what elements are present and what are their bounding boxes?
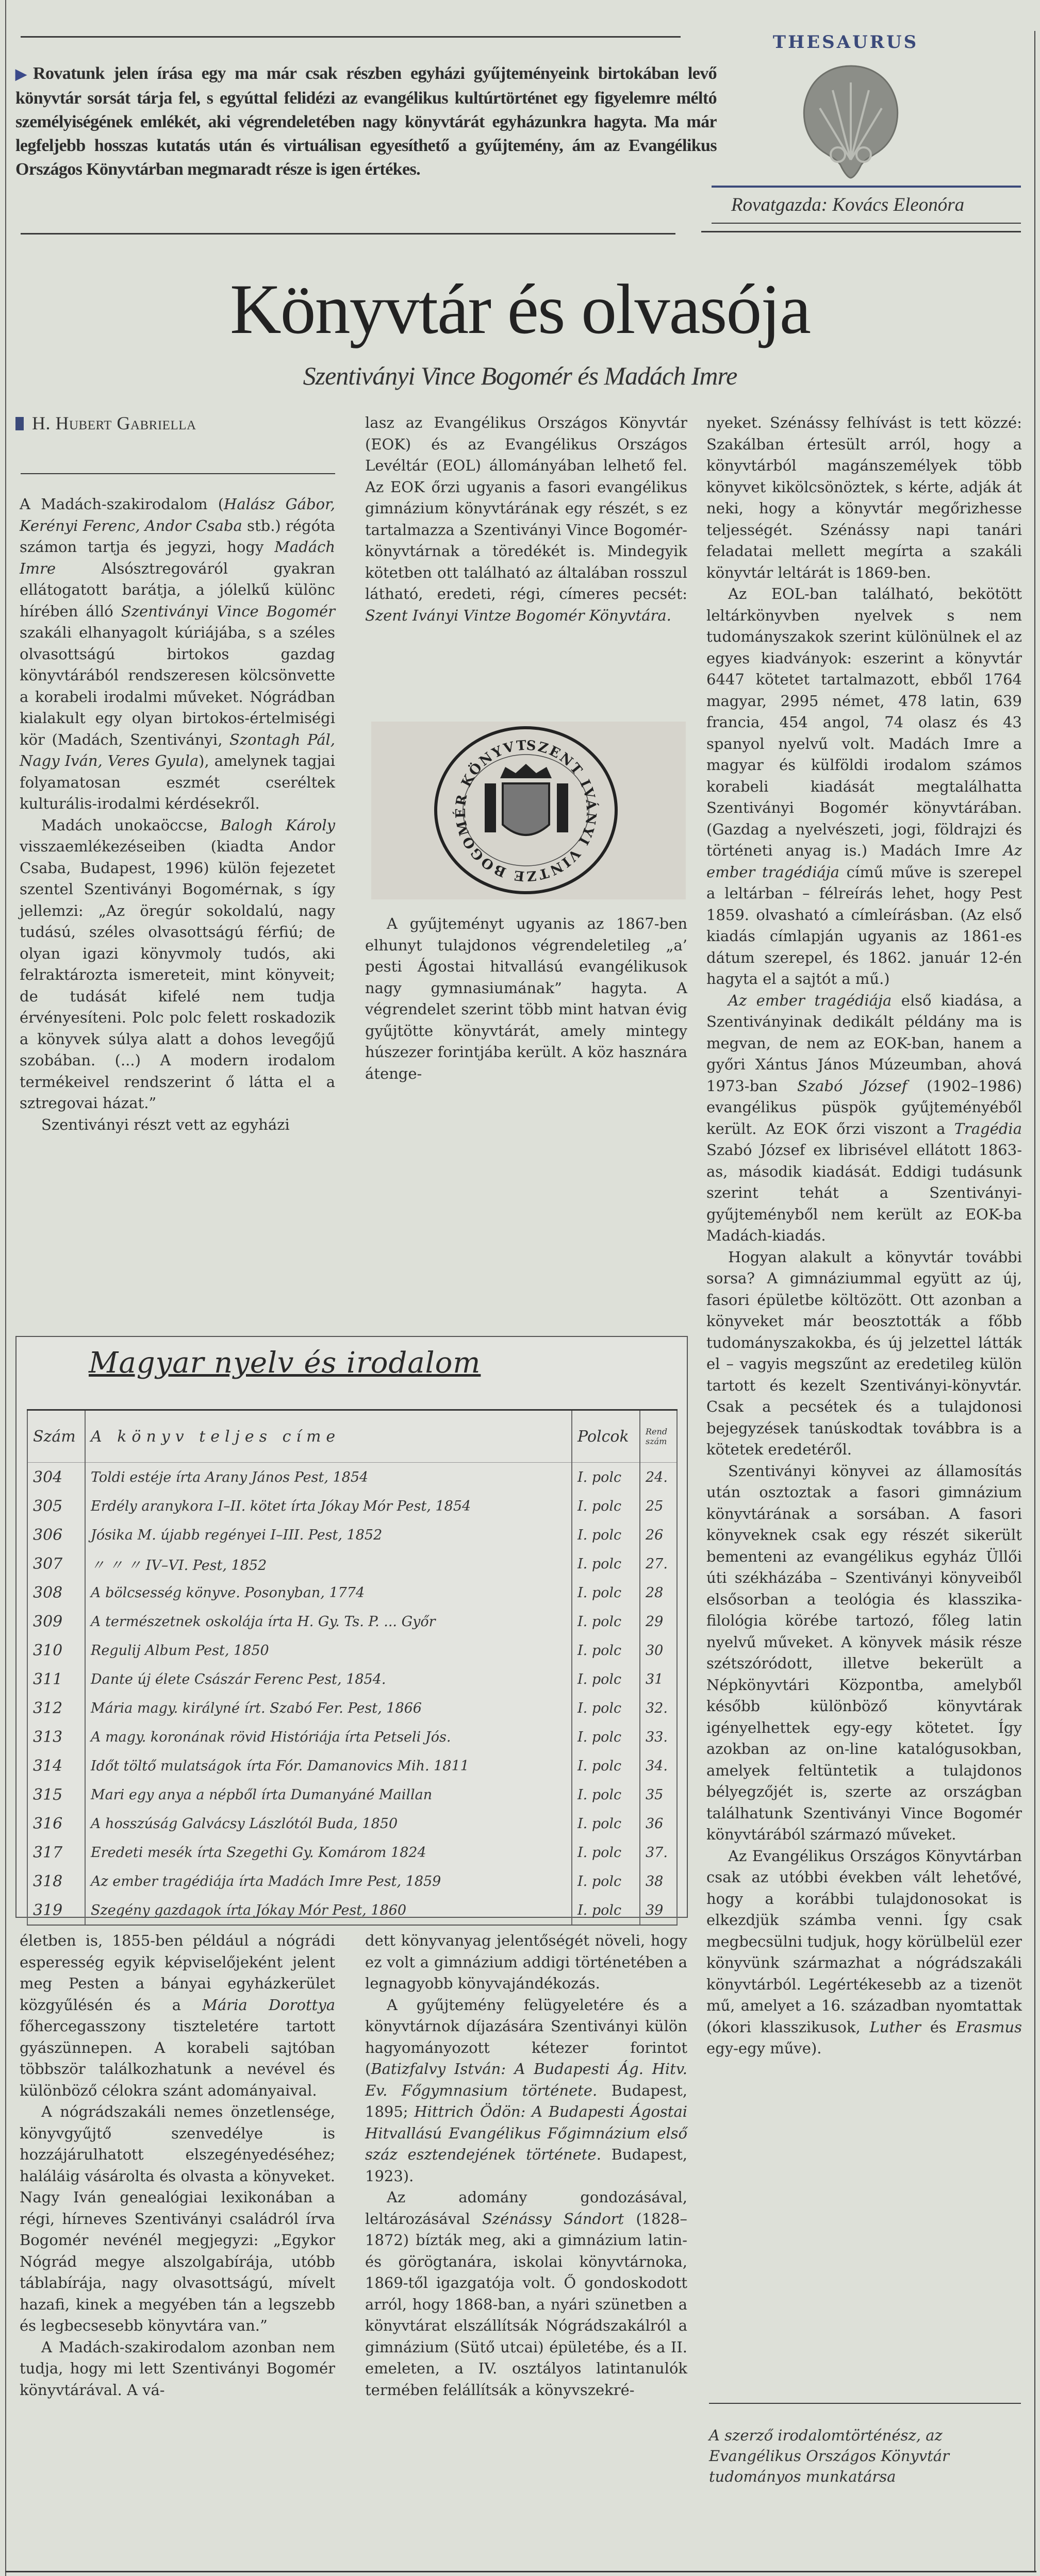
- paragraph: Szentiványi részt vett az egyházi: [20, 1114, 335, 1136]
- lead-paragraph: ▶Rovatunk jelen írása egy ma már csak ré…: [15, 62, 717, 181]
- column-editor: Rovatgazda: Kovács Eleonóra: [731, 194, 1020, 216]
- column-2-top: lasz az Evangélikus Országos Könyvtár (E…: [365, 412, 687, 626]
- author-prefix: H.: [32, 413, 51, 433]
- header-top-rule: [21, 36, 681, 38]
- article-subtitle: Szentiványi Vince Bogomér és Madách Imre: [0, 361, 1040, 391]
- paragraph: Hogyan alakult a könyvtár további sorsa?…: [706, 1247, 1022, 1461]
- column-3: nyeket. Szénássy felhívást is tett közzé…: [706, 412, 1022, 2060]
- ledger-row: 314Időt töltő mulatságok írta Fór. Daman…: [27, 1751, 677, 1780]
- paragraph: A nógrádszakáli nemes önzetlensége, köny…: [20, 2101, 335, 2337]
- column-2-middle: A gyűjteményt ugyanis az 1867-ben elhuny…: [365, 913, 687, 1084]
- ledger-row: 318Az ember tragédiája írta Madách Imre …: [27, 1867, 677, 1896]
- section-rule: [712, 186, 1021, 188]
- paragraph: Az Evangélikus Országos Könyvtárban csak…: [706, 1846, 1022, 2060]
- byline-square-icon: [15, 417, 24, 430]
- ledger-row: 305Erdély aranykora I–II. kötet írta Jók…: [27, 1492, 677, 1520]
- ledger-row: 311Dante új élete Császár Ferenc Pest, 1…: [27, 1665, 677, 1694]
- section-bottom-rule: [712, 223, 1021, 224]
- ledger-row: 307〃 〃 〃 IV–VI. Pest, 1852I. polc27.: [27, 1549, 677, 1578]
- ledger-col-order: Rend szám: [640, 1410, 677, 1463]
- byline-rule: [21, 473, 335, 474]
- ledger-heading: Magyar nyelv és irodalom: [89, 1346, 481, 1380]
- ledger-row: 304Toldi estéje írta Arany János Pest, 1…: [27, 1463, 677, 1492]
- title-top-rule-right: [701, 231, 1021, 232]
- paragraph: Szentiványi könyvei az államosítás után …: [706, 1461, 1022, 1846]
- paragraph: Az adomány gondozásával, leltározásával …: [365, 2187, 687, 2401]
- paragraph: A Madách-szakirodalom (Halász Gábor, Ker…: [20, 494, 335, 815]
- ledger-row: 315Mari egy anya a népből írta Dumanyáné…: [27, 1780, 677, 1809]
- paragraph: lasz az Evangélikus Országos Könyvtár (E…: [365, 412, 687, 626]
- lead-text: Rovatunk jelen írása egy ma már csak rés…: [15, 64, 717, 179]
- paragraph: A Madách-szakirodalom azonban nem tudja,…: [20, 2337, 335, 2401]
- paragraph: A gyűjtemény felügyeletére és a könyvtár…: [365, 1995, 687, 2187]
- author-name: Hubert Gabriella: [56, 413, 196, 433]
- paragraph: A gyűjteményt ugyanis az 1867-ben elhuny…: [365, 913, 687, 1084]
- paragraph: nyeket. Szénássy felhívást is tett közzé…: [706, 412, 1022, 583]
- paragraph: dett könyvanyag jelentőségét növeli, hog…: [365, 1930, 687, 1995]
- ledger-row: 317Eredeti mesék írta Szegethi Gy. Komár…: [27, 1838, 677, 1867]
- ledger-row: 310Regulij Album Pest, 1850I. polc30: [27, 1636, 677, 1665]
- ledger-col-shelf: Polcok: [572, 1410, 640, 1463]
- paragraph: Az ember tragédiája első kiadása, a Szen…: [706, 990, 1022, 1247]
- ledger-row: 312Mária magy. királyné írt. Szabó Fer. …: [27, 1694, 677, 1722]
- triangle-right-icon: ▶: [15, 63, 33, 87]
- ledger-table: Szám A könyv teljes címe Polcok Rend szá…: [27, 1409, 678, 1926]
- section-name: THESAURUS: [763, 32, 928, 53]
- shell-ornament-icon: [797, 62, 905, 180]
- title-top-rule-left: [21, 233, 675, 235]
- seal-image: SZENT IVÁNYI VINTZE BOGOMÉR KÖNYVTÁRA: [371, 722, 686, 899]
- ledger-col-number: Szám: [27, 1410, 85, 1463]
- footnote-rule: [709, 2403, 1021, 2404]
- byline: H. Hubert Gabriella: [15, 412, 335, 434]
- article-title: Könyvtár és olvasója: [0, 268, 1040, 350]
- author-footnote: A szerző irodalomtörténész, az Evangélik…: [709, 2425, 1021, 2487]
- ledger-row: 306Jósika M. újabb regényei I–III. Pest,…: [27, 1520, 677, 1549]
- ledger-row: 319Szegény gazdagok írta Jókay Mór Pest,…: [27, 1896, 677, 1925]
- paragraph: Madách unokaöccse, Balogh Károly visszae…: [20, 815, 335, 1114]
- paragraph: Az EOL-ban található, bekötött leltárkön…: [706, 583, 1022, 990]
- ledger-row: 316A hosszúság Galvácsy Lászlótól Buda, …: [27, 1809, 677, 1838]
- paragraph: életben is, 1855-ben például a nógrádi e…: [20, 1930, 335, 2101]
- ledger-image: Magyar nyelv és irodalom Szám A könyv te…: [15, 1336, 688, 1918]
- column-1-bottom: életben is, 1855-ben például a nógrádi e…: [20, 1930, 335, 2401]
- ledger-col-title: A könyv teljes címe: [85, 1410, 572, 1463]
- ledger-row: 313A magy. koronának rövid Históriája ír…: [27, 1722, 677, 1751]
- ledger-row: 308A bölcsesség könyve. Posonyban, 1774I…: [27, 1578, 677, 1607]
- column-1-top: A Madách-szakirodalom (Halász Gábor, Ker…: [20, 494, 335, 1135]
- ledger-row: 309A természetnek oskolája írta H. Gy. T…: [27, 1607, 677, 1636]
- coat-of-arms-seal-icon: SZENT IVÁNYI VINTZE BOGOMÉR KÖNYVTÁRA: [371, 722, 686, 899]
- page-frame-right: [1034, 31, 1035, 2572]
- page-bottom-rule: [5, 2571, 1036, 2572]
- column-2-bottom: dett könyvanyag jelentőségét növeli, hog…: [365, 1930, 687, 2401]
